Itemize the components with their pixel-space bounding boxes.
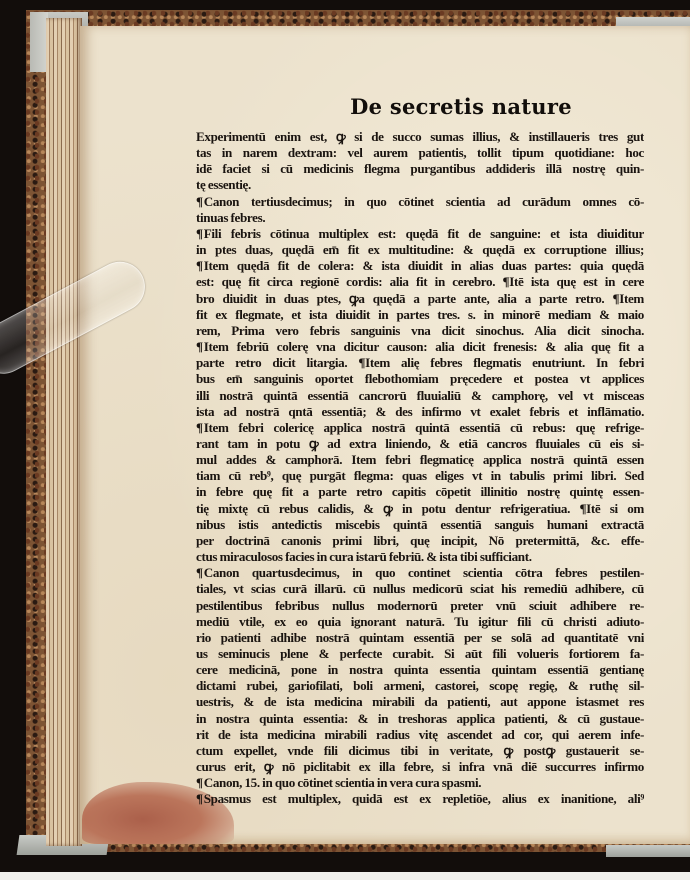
text-line: ¶Canon tertiusdecimus; in quo cōtinet sc… xyxy=(196,194,644,210)
text-line: ctum expellet, vnde fili dicimus tibi in… xyxy=(196,743,644,759)
pilcrow-icon: ¶ xyxy=(196,791,203,806)
text-line-content: tinuas febres. xyxy=(196,210,265,225)
text-line: ¶Item quędā fit de colera: & ista diuidi… xyxy=(196,258,644,274)
text-line-content: curus erit, ꝙ nō piclitabit ex illa febr… xyxy=(196,759,644,774)
text-line-content: per doctrinā canonis primi libri, quę in… xyxy=(196,533,644,548)
text-line-content: illi nostrā quintā essentiā cancrorū flu… xyxy=(196,388,644,403)
text-line-content: bus em̄ sanguinis oportet flebothomiam p… xyxy=(196,371,644,386)
running-head: De secretis nature xyxy=(276,94,646,119)
text-line-content: cere medicinā, pone in nostra quinta ess… xyxy=(196,662,644,677)
text-line: ¶Canon quartusdecimus, in quo continet s… xyxy=(196,565,644,581)
text-line: in febre quę fit a parte retro capitis c… xyxy=(196,484,644,500)
text-line-content: Item febriū colerę vna dicitur causon: a… xyxy=(204,339,644,354)
text-line-content: mediū vtile, ex eo quia ignorant naturā.… xyxy=(196,614,644,629)
text-line-content: rio patienti adhibe nostrā quintam essen… xyxy=(196,630,644,645)
text-line-content: parte retro dicit litargia. ¶Item alię f… xyxy=(196,355,644,370)
text-line-content: tiam cū reb⁹, quę purgāt flegma: quas el… xyxy=(196,468,644,483)
text-line-content: us seminucis plene & perfecte curabit. S… xyxy=(196,646,644,661)
text-line-content: Spasmus est multiplex, quidā est ex repl… xyxy=(204,791,644,806)
text-line: us seminucis plene & perfecte curabit. S… xyxy=(196,646,644,662)
text-line: fit ex flegmate, et ista diuidit in part… xyxy=(196,307,644,323)
vellum-corner-bottom-right xyxy=(606,845,690,857)
text-line-content: fit ex flegmate, et ista diuidit in part… xyxy=(196,307,644,322)
text-line: mediū vtile, ex eo quia ignorant naturā.… xyxy=(196,614,644,630)
text-line: rit de ista medicina mirabili radius vit… xyxy=(196,727,644,743)
text-line: ctus miraculosos facies in cura istarū f… xyxy=(196,549,644,565)
text-line: idē faciet si cū medicinis flegma purgan… xyxy=(196,161,644,177)
text-line: pestilentibus febribus nullus modernorū … xyxy=(196,598,644,614)
text-line-content: in febre quę fit a parte retro capitis c… xyxy=(196,484,644,499)
text-line-content: bro diuidit in duas ptes, ꝙa quędā a par… xyxy=(196,291,644,306)
text-line: mul addes & camphorā. Item febri flegmat… xyxy=(196,452,644,468)
pilcrow-icon: ¶ xyxy=(196,420,203,435)
text-line-content: ctus miraculosos facies in cura istarū f… xyxy=(196,549,532,564)
text-line-content: tiales, vt scias curā illarū. cū nullus … xyxy=(196,581,644,596)
text-line-content: Item quędā fit de colera: & ista diuidit… xyxy=(204,258,644,273)
text-line-content: est: quę fit circa regionē cordis: alia … xyxy=(196,274,644,289)
pilcrow-icon: ¶ xyxy=(196,775,203,790)
scan-margin xyxy=(0,872,690,880)
scan-stage: De secretis nature Experimentū enim est,… xyxy=(0,0,690,880)
text-line: bus em̄ sanguinis oportet flebothomiam p… xyxy=(196,371,644,387)
text-line-content: Canon tertiusdecimus; in quo cōtinet sci… xyxy=(204,194,644,209)
text-line: rant tam in potu ꝙ ad extra liniendo, & … xyxy=(196,436,644,452)
text-line: illi nostrā quintā essentiā cancrorū flu… xyxy=(196,388,644,404)
text-line-content: ctum expellet, vnde fili dicimus tibi in… xyxy=(196,743,644,758)
text-line-content: tę essentię. xyxy=(196,177,251,192)
text-line-content: mul addes & camphorā. Item febri flegmat… xyxy=(196,452,644,467)
text-line: ¶Canon, 15. in quo cōtinet scientia in v… xyxy=(196,775,644,791)
text-line: ista ad nostrā qntā essentiā; & des infi… xyxy=(196,404,644,420)
pilcrow-icon: ¶ xyxy=(196,339,203,354)
text-line: est: quę fit circa regionē cordis: alia … xyxy=(196,274,644,290)
text-line-content: in ptes duas, quędā em̄ fit ex multitudi… xyxy=(196,242,644,257)
text-line: in ptes duas, quędā em̄ fit ex multitudi… xyxy=(196,242,644,258)
pilcrow-icon: ¶ xyxy=(196,226,203,241)
text-line: in nostra quinta essentia: & in treshora… xyxy=(196,711,644,727)
text-line-content: nibus istis antedictis miscebis quintā e… xyxy=(196,517,644,532)
text-line: dictami rubei, gariofilati, boli armeni,… xyxy=(196,678,644,694)
text-line: uestris, & de ista medicina mirabili da … xyxy=(196,694,644,710)
page-edges-stack xyxy=(46,18,82,846)
text-line-content: tię mixtę cū rebus calidis, & ꝙ in potu … xyxy=(196,501,644,516)
text-line-content: rant tam in potu ꝙ ad extra liniendo, & … xyxy=(196,436,644,451)
text-line-content: rit de ista medicina mirabili radius vit… xyxy=(196,727,644,742)
text-line: tiales, vt scias curā illarū. cū nullus … xyxy=(196,581,644,597)
text-line-content: Fili febris cōtinua multiplex est: quędā… xyxy=(204,226,644,241)
text-line: ¶Fili febris cōtinua multiplex est: quęd… xyxy=(196,226,644,242)
text-line-content: rem, Prima vero febris sanguinis vna dic… xyxy=(196,323,644,338)
pilcrow-icon: ¶ xyxy=(196,565,203,580)
text-line: curus erit, ꝙ nō piclitabit ex illa febr… xyxy=(196,759,644,775)
text-line-content: uestris, & de ista medicina mirabili da … xyxy=(196,694,644,709)
text-line: Experimentū enim est, ꝙ si de succo suma… xyxy=(196,129,644,145)
text-line-content: Canon, 15. in quo cōtinet scientia in ve… xyxy=(204,775,481,790)
text-line: ¶Item febriū colerę vna dicitur causon: … xyxy=(196,339,644,355)
text-line: rio patienti adhibe nostrā quintam essen… xyxy=(196,630,644,646)
text-line: nibus istis antedictis miscebis quintā e… xyxy=(196,517,644,533)
text-line: tas in narem dextram: vel aurem patienti… xyxy=(196,145,644,161)
text-line: cere medicinā, pone in nostra quinta ess… xyxy=(196,662,644,678)
pilcrow-icon: ¶ xyxy=(196,194,203,209)
text-line: rem, Prima vero febris sanguinis vna dic… xyxy=(196,323,644,339)
text-line: tę essentię. xyxy=(196,177,644,193)
text-line-content: tas in narem dextram: vel aurem patienti… xyxy=(196,145,644,160)
text-line-content: ista ad nostrā qntā essentiā; & des infi… xyxy=(196,404,644,419)
text-line: tiam cū reb⁹, quę purgāt flegma: quas el… xyxy=(196,468,644,484)
text-line-content: Canon quartusdecimus, in quo continet sc… xyxy=(204,565,644,580)
pilcrow-icon: ¶ xyxy=(196,258,203,273)
text-line-content: idē faciet si cū medicinis flegma purgan… xyxy=(196,161,644,176)
text-line-content: Experimentū enim est, ꝙ si de succo suma… xyxy=(196,129,644,144)
text-line: parte retro dicit litargia. ¶Item alię f… xyxy=(196,355,644,371)
text-line: per doctrinā canonis primi libri, quę in… xyxy=(196,533,644,549)
text-line-content: pestilentibus febribus nullus modernorū … xyxy=(196,598,644,613)
text-line: tinuas febres. xyxy=(196,210,644,226)
text-line-content: Item febri colericę applica nostrā quint… xyxy=(204,420,644,435)
text-line: bro diuidit in duas ptes, ꝙa quędā a par… xyxy=(196,291,644,307)
text-block: De secretis nature Experimentū enim est,… xyxy=(196,94,646,808)
text-line-content: in nostra quinta essentia: & in treshora… xyxy=(196,711,644,726)
text-line: ¶Spasmus est multiplex, quidā est ex rep… xyxy=(196,791,644,807)
text-line: ¶Item febri colericę applica nostrā quin… xyxy=(196,420,644,436)
text-line: tię mixtę cū rebus calidis, & ꝙ in potu … xyxy=(196,501,644,517)
body-text: Experimentū enim est, ꝙ si de succo suma… xyxy=(196,129,646,808)
text-line-content: dictami rubei, gariofilati, boli armeni,… xyxy=(196,678,644,693)
